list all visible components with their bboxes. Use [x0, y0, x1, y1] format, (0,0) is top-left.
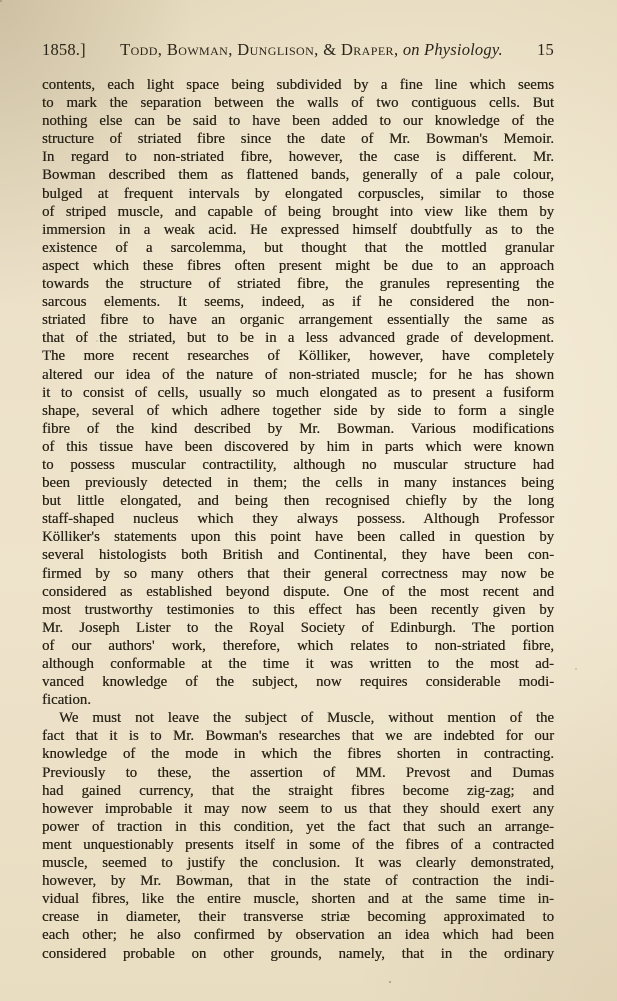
text-line: aspect which these fibres often present … — [42, 257, 554, 275]
text-line: power of traction in this condition, yet… — [42, 818, 554, 836]
text-line: of striped muscle, and capable of being … — [42, 203, 554, 221]
text-line: several histologists both British and Co… — [42, 546, 554, 564]
text-line: it to consist of cells, usually so much … — [42, 384, 554, 402]
text-line: however improbable it may now seem to us… — [42, 800, 554, 818]
text-line: existence of a sarcolemma, but thought t… — [42, 239, 554, 257]
text-line: vidual fibres, like the entire muscle, s… — [42, 890, 554, 908]
text-line: bulged at frequent intervals by elongate… — [42, 185, 554, 203]
text-line: striated fibre to have an organic arrang… — [42, 311, 554, 329]
text-line: Bowman described them as flattened bands… — [42, 166, 554, 184]
text-line: however, by Mr. Bowman, that in the stat… — [42, 872, 554, 890]
text-line: muscle, seemed to justify the conclusion… — [42, 854, 554, 872]
text-line: Previously to these, the assertion of MM… — [42, 764, 554, 782]
text-line: of our authors' work, therefore, which r… — [42, 637, 554, 655]
text-line: In regard to non-striated fibre, however… — [42, 148, 554, 166]
text-line: towards the structure of striated fibre,… — [42, 275, 554, 293]
text-line: The more recent researches of Kölliker, … — [42, 347, 554, 365]
text-line: although conformable at the time it was … — [42, 655, 554, 673]
text-line: Kölliker's statements upon this point ha… — [42, 528, 554, 546]
page-header: 1858.] Todd, Bowman, Dunglison, & Draper… — [42, 40, 554, 60]
text-line: to mark the separation between the walls… — [42, 94, 554, 112]
book-page: 1858.] Todd, Bowman, Dunglison, & Draper… — [0, 0, 617, 1001]
text-line: but little elongated, and being then rec… — [42, 492, 554, 510]
text-line: shape, several of which adhere together … — [42, 402, 554, 420]
page-number: 15 — [537, 40, 554, 60]
text-line: firmed by so many others that their gene… — [42, 565, 554, 583]
text-line: nothing else can be said to have been ad… — [42, 112, 554, 130]
text-line: ment unquestionably presents itself in s… — [42, 836, 554, 854]
text-line: fication. — [42, 691, 554, 709]
text-line: that of the striated, but to be in a les… — [42, 329, 554, 347]
text-line: of this tissue have been discovered by h… — [42, 438, 554, 456]
header-work-title: on Physiology. — [403, 40, 503, 59]
text-line: staff-shaped nucleus which they always p… — [42, 510, 554, 528]
text-line: Mr. Joseph Lister to the Royal Society o… — [42, 619, 554, 637]
text-line: contents, each light space being subdivi… — [42, 76, 554, 94]
text-line: sarcous elements. It seems, indeed, as i… — [42, 293, 554, 311]
text-line: fibre of the kind described by Mr. Bowma… — [42, 420, 554, 438]
text-line: considered probable on other grounds, na… — [42, 945, 554, 963]
body-text: contents, each light space being subdivi… — [42, 76, 554, 963]
text-line: crease in diameter, their transverse str… — [42, 908, 554, 926]
text-line: considered as established beyond dispute… — [42, 583, 554, 601]
text-line: altered our idea of the nature of non-st… — [42, 366, 554, 384]
text-line: been previously detected in them; the ce… — [42, 474, 554, 492]
text-line: each other; he also confirmed by observa… — [42, 926, 554, 944]
text-line: to possess muscular contractility, altho… — [42, 456, 554, 474]
text-line: had gained currency, that the straight f… — [42, 782, 554, 800]
text-line: fact that it is to Mr. Bowman's research… — [42, 727, 554, 745]
header-title: Todd, Bowman, Dunglison, & Draper, on Ph… — [86, 40, 537, 60]
header-year: 1858.] — [42, 40, 86, 60]
text-line: vanced knowledge of the subject, now req… — [42, 673, 554, 691]
text-line: immersion in a weak acid. He expressed h… — [42, 221, 554, 239]
header-authors: Todd, Bowman, Dunglison, & Draper, — [120, 40, 398, 59]
text-line: We must not leave the subject of Muscle,… — [42, 709, 554, 727]
text-line: knowledge of the mode in which the fibre… — [42, 745, 554, 763]
text-line: structure of striated fibre since the da… — [42, 130, 554, 148]
paragraph: We must not leave the subject of Muscle,… — [42, 709, 554, 962]
text-line: most trustworthy testimonies to this eff… — [42, 601, 554, 619]
paragraph: contents, each light space being subdivi… — [42, 76, 554, 709]
